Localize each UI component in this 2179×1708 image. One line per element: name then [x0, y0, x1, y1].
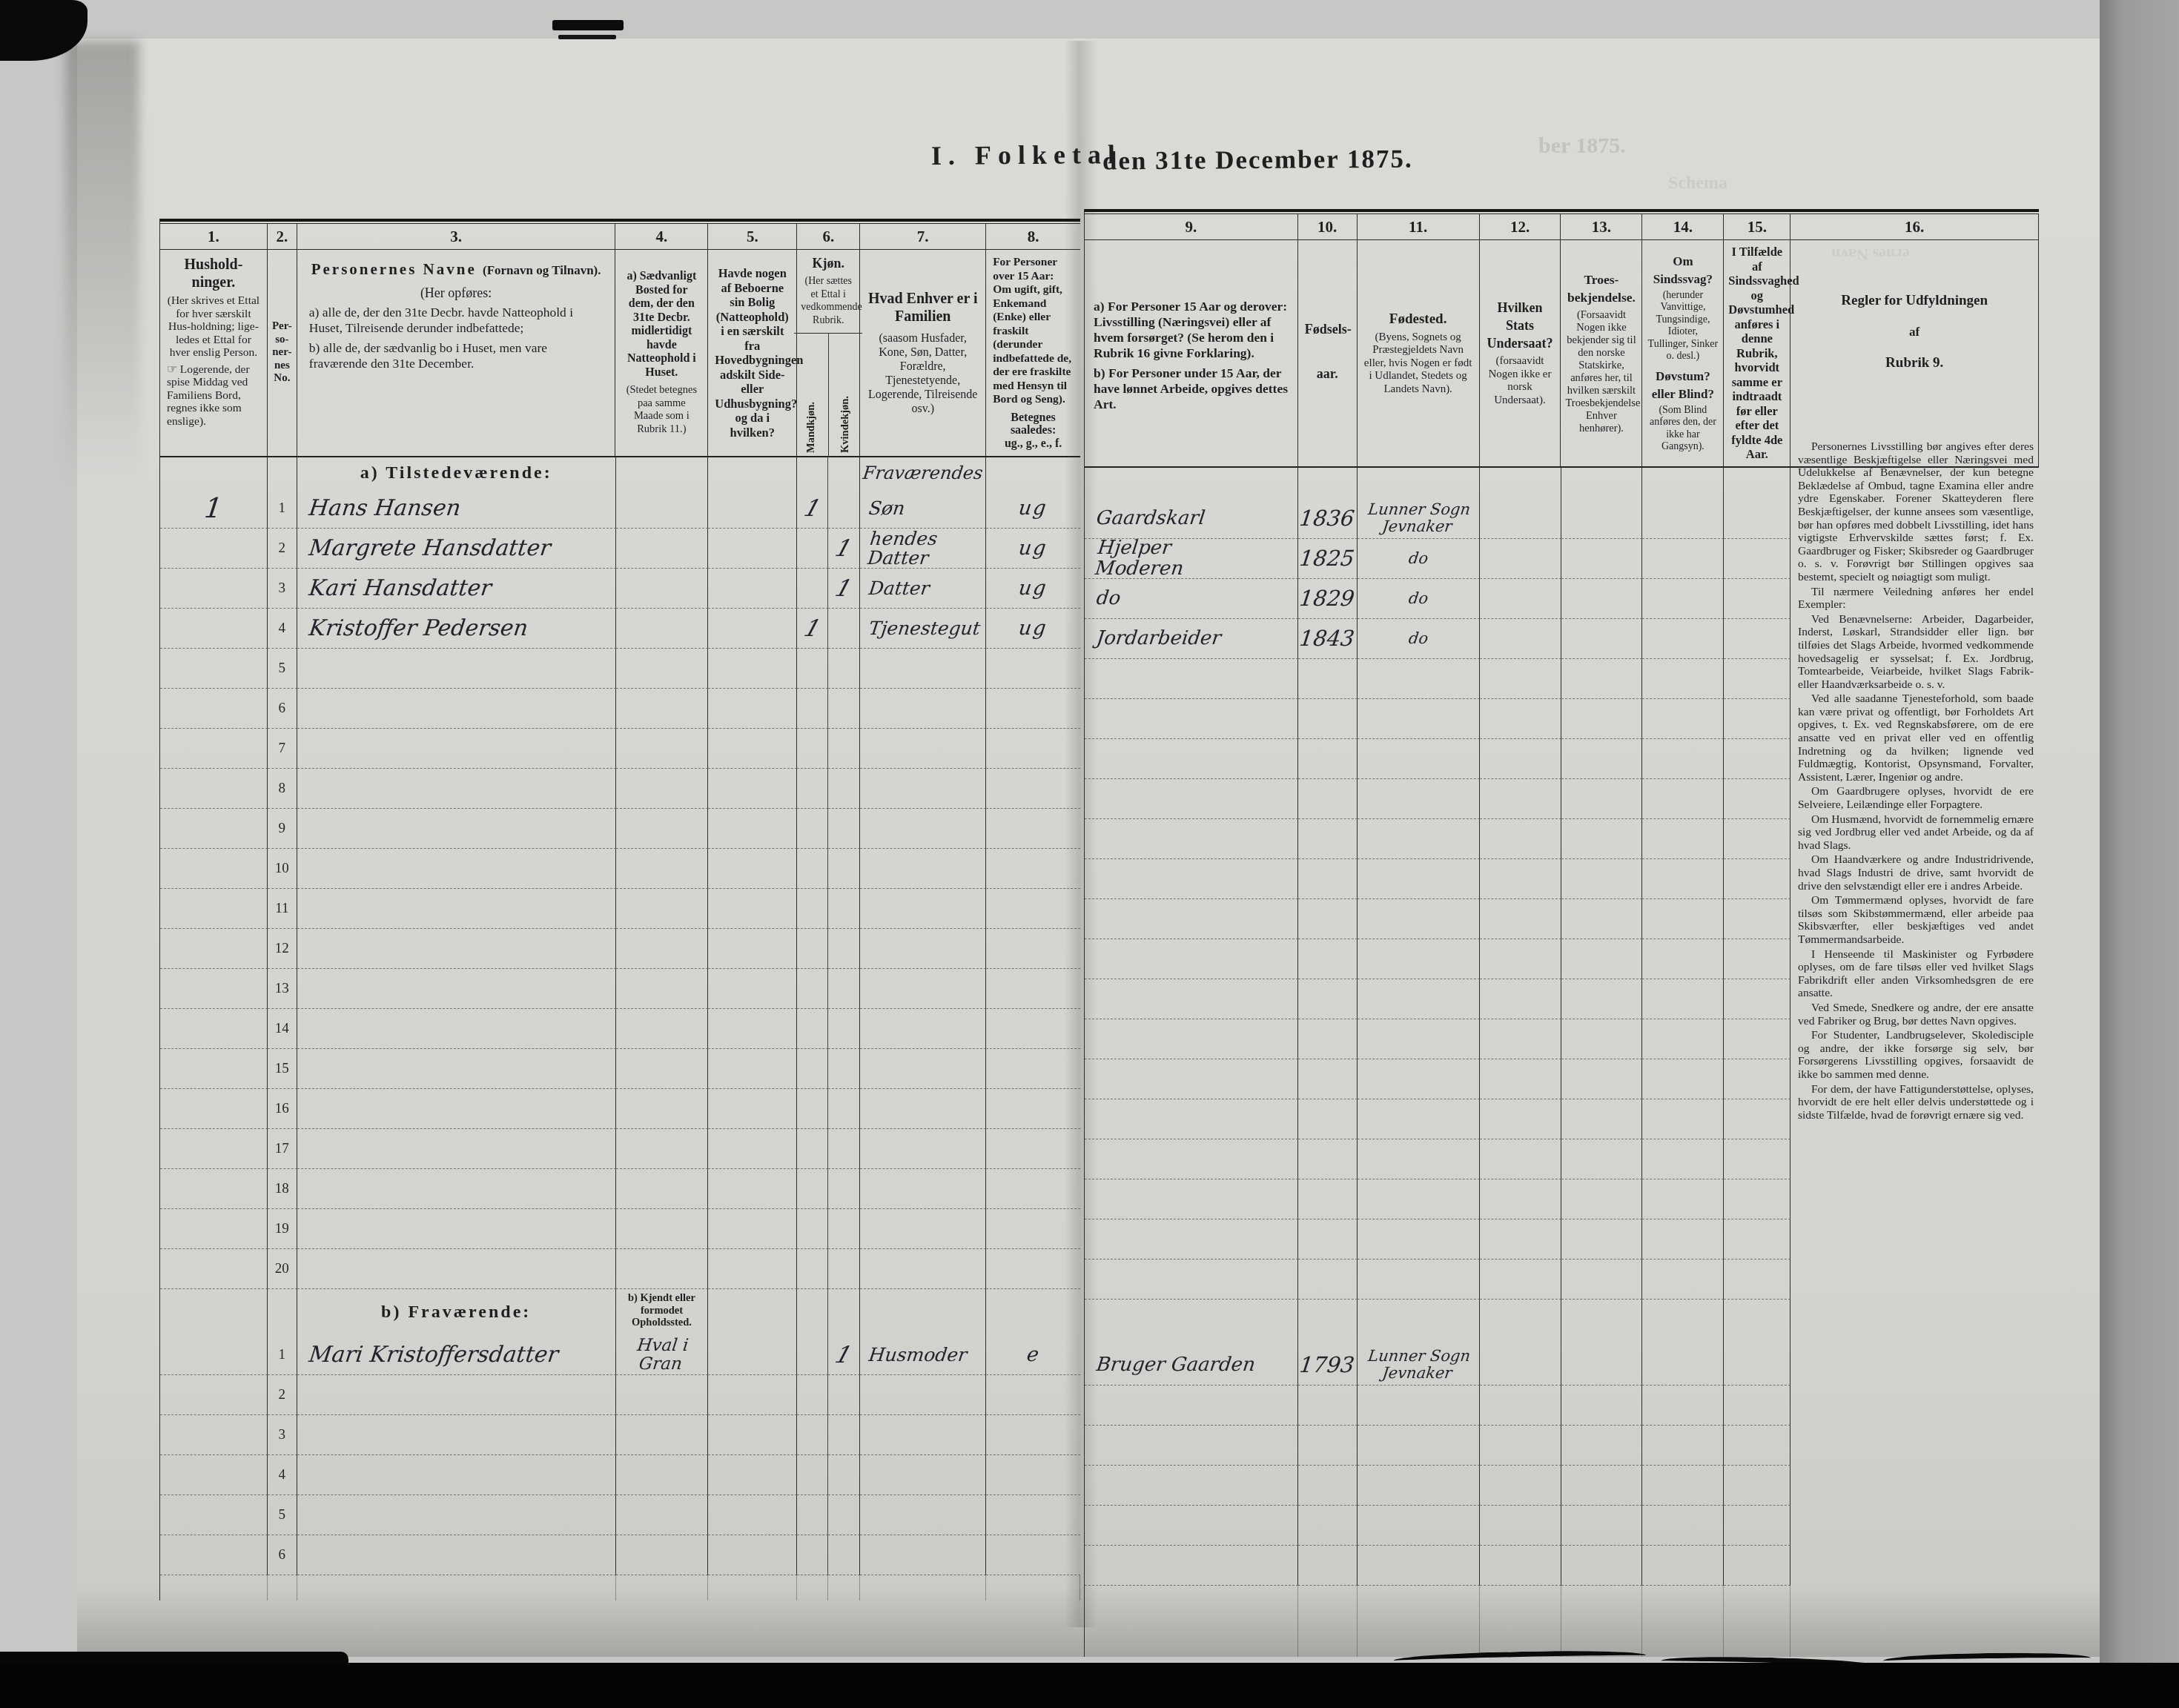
- present-left-row-8: 8: [160, 769, 1080, 809]
- cell: [708, 457, 797, 489]
- present-left-15-no-value: 15: [275, 1061, 289, 1077]
- column-14-text: Om Sindssvag? (herunder Vanvittige, Tung…: [1642, 240, 1723, 466]
- present-left-18-status: [986, 1169, 1080, 1209]
- present-left-20-bolig: [708, 1249, 797, 1289]
- column-3-heading: Personernes Navne (Fornavn og Tilnavn).: [309, 260, 604, 279]
- present-right-11-birthplace: [1358, 899, 1480, 939]
- column-10-text: Fødsels- aar.: [1298, 240, 1357, 466]
- present-left-15-kvinde: [828, 1049, 860, 1089]
- cell: [860, 1289, 986, 1335]
- present-right-4-occ: Jordarbeider: [1085, 619, 1298, 659]
- absent-left-4-mand: [797, 1455, 828, 1495]
- absent-right-row-6: [1085, 1546, 2039, 1586]
- column-6-number: 6.: [797, 224, 859, 250]
- present-right-19-c13: [1561, 1219, 1643, 1260]
- present-left-20-no-value: 20: [275, 1261, 289, 1277]
- present-left-9-kvinde: [828, 809, 860, 849]
- present-left-13-no-value: 13: [275, 981, 289, 997]
- absent-right-6-c13: [1561, 1546, 1643, 1586]
- present-left-19-family: [860, 1209, 986, 1249]
- absent-right-2-birthplace: [1358, 1386, 1480, 1426]
- absent-right-1-birthplace-value: Lunner Sogn Jevnaker: [1365, 1348, 1471, 1382]
- absent-left-6-family: [860, 1535, 986, 1575]
- absent-right-5-c16: [1791, 1506, 2039, 1546]
- present-right-row-19: [1085, 1219, 2039, 1260]
- present-right-8-c14: [1642, 779, 1724, 819]
- absent-left-row-6: 6: [160, 1535, 1080, 1575]
- column-2-header: 2. Per- so- ner- nes No.: [268, 224, 297, 456]
- present-right-6-c14: [1642, 699, 1724, 739]
- male-subcolumn: Mandkjøn.: [794, 334, 828, 457]
- present-left-14-no: 14: [268, 1009, 297, 1049]
- present-left-14-bolig: [708, 1009, 797, 1049]
- absent-left-2-no-value: 2: [279, 1387, 286, 1403]
- present-left-2-family-value: hendes Datter: [867, 529, 939, 568]
- present-left-19-no-value: 19: [275, 1221, 289, 1237]
- absent-left-5-no-value: 5: [279, 1507, 286, 1523]
- present-left-4-status-value: ug: [1017, 617, 1048, 640]
- absent-left-5-bosted: [616, 1495, 709, 1535]
- present-right-11-occ: [1085, 899, 1298, 939]
- present-left-10-bosted: [616, 849, 709, 889]
- absent-right-4-birthplace: [1358, 1466, 1480, 1506]
- column-13-note: (Forsaavidt Nogen ikke bekjender sig til…: [1565, 309, 1637, 435]
- present-right-9-born: [1298, 819, 1358, 859]
- present-left-5-family: [860, 649, 986, 689]
- present-left-17-status: [986, 1129, 1080, 1169]
- absent-right-1-occ-value: Bruger Gaarden: [1095, 1354, 1256, 1375]
- present-right-6-c12: [1480, 699, 1561, 739]
- column-1-header: 1. Hushold- ninger. (Her skrives et Etta…: [160, 224, 268, 456]
- present-left-15-no: 15: [268, 1049, 297, 1089]
- absent-left-5-kvinde: [828, 1495, 860, 1535]
- table-body-left: a) Tilstedeværende: Fraværendes 11Hans H…: [160, 457, 1080, 1601]
- present-left-row-10: 10: [160, 849, 1080, 889]
- absent-left-1-no: 1: [268, 1335, 297, 1375]
- present-left-9-status: [986, 809, 1080, 849]
- present-right-10-born: [1298, 859, 1358, 899]
- present-left-5-name: [297, 649, 616, 689]
- present-left-4-name-value: Kristoffer Pedersen: [308, 615, 529, 641]
- present-left-12-hh: [160, 929, 268, 969]
- column-8-note2: Betegnes saaledes: ug., g., e., f.: [993, 411, 1074, 451]
- present-left-2-name: Margrete Hansdatter: [297, 529, 616, 569]
- present-left-16-hh: [160, 1089, 268, 1129]
- present-right-2-c13: [1561, 539, 1643, 579]
- absent-right-5-c15: [1724, 1506, 1791, 1546]
- present-left-12-kvinde: [828, 929, 860, 969]
- absent-right-6-birthplace: [1358, 1546, 1480, 1586]
- absent-left-4-bosted: [616, 1455, 709, 1495]
- cell: [160, 1289, 268, 1335]
- census-table-left: 1. Hushold- ninger. (Her skrives et Etta…: [159, 219, 1080, 1601]
- present-left-1-bolig: [708, 489, 797, 529]
- absent-left-2-hh: [160, 1375, 268, 1415]
- absent-right-4-c13: [1561, 1466, 1643, 1506]
- absent-right-1-birthplace: Lunner Sogn Jevnaker: [1358, 1345, 1480, 1386]
- present-left-1-mand: 1: [797, 489, 828, 529]
- present-right-18-occ: [1085, 1179, 1298, 1219]
- cell: [268, 1289, 297, 1335]
- scan-ink-mark: [552, 20, 624, 30]
- present-right-17-c14: [1642, 1139, 1724, 1179]
- extension-cell: [1724, 1586, 1791, 1657]
- sex-subcolumns: Mandkjøn. Kvindekjøn.: [794, 333, 862, 457]
- extension-cell: [1791, 1586, 2039, 1657]
- cell: [797, 1289, 828, 1335]
- census-scan-page: ber 1875. Schema ernes Navn I. Folketal …: [0, 0, 2179, 1708]
- column-10-number: 10.: [1298, 214, 1357, 240]
- present-left-11-mand: [797, 889, 828, 929]
- present-left-15-bolig: [708, 1049, 797, 1089]
- present-right-row-17: [1085, 1139, 2039, 1179]
- present-left-20-mand: [797, 1249, 828, 1289]
- column-6-text: Kjøn. (Her sættes et Ettal i vedkommende…: [797, 250, 859, 456]
- column-3-header: 3. Personernes Navne (Fornavn og Tilnavn…: [297, 224, 616, 456]
- present-right-9-birthplace: [1358, 819, 1480, 859]
- present-right-16-birthplace: [1358, 1099, 1480, 1139]
- present-left-14-status: [986, 1009, 1080, 1049]
- present-right-12-born: [1298, 939, 1358, 979]
- present-right-13-born: [1298, 979, 1358, 1019]
- absent-right-1-c15: [1724, 1345, 1791, 1386]
- column-3-number: 3.: [297, 224, 615, 250]
- scan-edge-right: [2100, 0, 2179, 1708]
- absent-left-row-2: 2: [160, 1375, 1080, 1415]
- present-right-15-c12: [1480, 1059, 1561, 1099]
- present-left-1-mand-value: 1: [801, 495, 824, 522]
- column-15-text: I Tilfælde af Sindssvaghed og Døvstumhed…: [1724, 240, 1790, 466]
- present-left-row-17: 17: [160, 1129, 1080, 1169]
- column-16-heading2: af: [1797, 323, 2031, 341]
- present-right-4-born: 1843: [1298, 619, 1358, 659]
- absent-right-3-c14: [1642, 1426, 1724, 1466]
- absent-right-2-c16: [1791, 1386, 2039, 1426]
- column-11-number: 11.: [1358, 214, 1479, 240]
- section-b-label: b) Fraværende:: [297, 1302, 615, 1323]
- extension-cell: [1561, 1586, 1643, 1657]
- column-14-number: 14.: [1642, 214, 1723, 240]
- present-right-5-c12: [1480, 659, 1561, 699]
- absent-note: Fraværendes: [862, 463, 984, 483]
- present-right-4-birthplace-value: do: [1407, 630, 1429, 647]
- present-right-19-occ: [1085, 1219, 1298, 1260]
- absent-right-3-occ: [1085, 1426, 1298, 1466]
- absent-left-6-no: 6: [268, 1535, 297, 1575]
- present-left-12-no-value: 12: [275, 941, 289, 957]
- present-right-13-c13: [1561, 979, 1643, 1019]
- absent-right-3-c12: [1480, 1426, 1561, 1466]
- present-left-18-family: [860, 1169, 986, 1209]
- column-3-item-b: b) alle de, der sædvanlig bo i Huset, me…: [309, 340, 604, 371]
- absent-left-2-kvinde: [828, 1375, 860, 1415]
- present-left-1-bosted: [616, 489, 709, 529]
- absent-right-3-c15: [1724, 1426, 1791, 1466]
- present-right-6-occ: [1085, 699, 1298, 739]
- cell: [1480, 1300, 1561, 1345]
- present-left-14-kvinde: [828, 1009, 860, 1049]
- present-right-4-born-value: 1843: [1298, 626, 1356, 651]
- present-left-8-no-value: 8: [279, 781, 286, 797]
- section-b-label-row: b) Fraværende: b) Kjendt eller formodet …: [160, 1289, 1080, 1335]
- present-right-4-c15: [1724, 619, 1791, 659]
- present-left-14-hh: [160, 1009, 268, 1049]
- present-left-8-bolig: [708, 769, 797, 809]
- present-right-11-c15: [1724, 899, 1791, 939]
- present-left-20-kvinde: [828, 1249, 860, 1289]
- present-left-13-kvinde: [828, 969, 860, 1009]
- cell: [160, 457, 268, 489]
- present-right-18-c16: [1791, 1179, 2039, 1219]
- present-left-10-mand: [797, 849, 828, 889]
- present-left-19-bosted: [616, 1209, 709, 1249]
- present-rows-left: 11Hans Hansen1Sønug2Margrete Hansdatter1…: [160, 489, 1080, 1289]
- absent-right-5-born: [1298, 1506, 1358, 1546]
- present-left-7-status: [986, 729, 1080, 769]
- present-left-16-no: 16: [268, 1089, 297, 1129]
- present-right-12-c14: [1642, 939, 1724, 979]
- present-right-13-occ: [1085, 979, 1298, 1019]
- column-4-text: a) Sædvanligt Bosted for dem, der den 31…: [615, 250, 707, 456]
- absent-right-6-c16: [1791, 1546, 2039, 1586]
- present-right-5-c13: [1561, 659, 1643, 699]
- extension-cell: [828, 1575, 860, 1601]
- present-right-15-birthplace: [1358, 1059, 1480, 1099]
- column-1-text: Hushold- ninger. (Her skrives et Ettal f…: [160, 250, 267, 456]
- present-left-3-bosted: [616, 569, 709, 609]
- present-left-3-status-value: ug: [1017, 577, 1048, 600]
- absent-right-3-born: [1298, 1426, 1358, 1466]
- present-right-17-occ: [1085, 1139, 1298, 1179]
- present-right-14-birthplace: [1358, 1019, 1480, 1059]
- present-left-2-no: 2: [268, 529, 297, 569]
- present-left-row-2: 2Margrete Hansdatter1hendes Datterug: [160, 529, 1080, 569]
- present-left-6-no-value: 6: [279, 701, 286, 717]
- column-14-heading2: Døvstum? eller Blind?: [1647, 368, 1719, 403]
- rules-paragraph: Om Husmænd, hvorvidt de fornemmelig ernæ…: [1798, 813, 2034, 853]
- present-right-2-occ: Hjelper Moderen: [1085, 539, 1298, 579]
- column-3-note: (Her opføres:: [309, 287, 604, 300]
- present-left-10-bolig: [708, 849, 797, 889]
- column-3-item-a: a) alle de, der den 31te Decbr. havde Na…: [309, 305, 604, 336]
- present-right-1-birthplace: Lunner Sogn Jevnaker: [1358, 499, 1480, 539]
- absent-left-4-kvinde: [828, 1455, 860, 1495]
- present-left-14-name: [297, 1009, 616, 1049]
- present-right-4-c13: [1561, 619, 1643, 659]
- present-left-9-hh: [160, 809, 268, 849]
- column-2-number: 2.: [268, 224, 297, 250]
- absent-right-4-c14: [1642, 1466, 1724, 1506]
- present-left-8-name: [297, 769, 616, 809]
- absent-left-5-bolig: [708, 1495, 797, 1535]
- present-left-15-hh: [160, 1049, 268, 1089]
- present-right-8-born: [1298, 779, 1358, 819]
- column-12-header: 12. Hvilken Stats Undersaat? (forsaavidt…: [1480, 214, 1561, 466]
- column-1-note: (Her skrives et Ettal for hver særskilt …: [167, 294, 260, 360]
- present-left-18-mand: [797, 1169, 828, 1209]
- present-left-4-mand-value: 1: [801, 615, 824, 642]
- present-left-5-no: 5: [268, 649, 297, 689]
- present-right-2-born-value: 1825: [1298, 546, 1356, 571]
- column-9-item-a: a) For Personer 15 Aar og derover: Livss…: [1094, 299, 1289, 361]
- present-left-2-name-value: Margrete Hansdatter: [308, 535, 552, 561]
- absent-right-6-c12: [1480, 1546, 1561, 1586]
- present-left-8-no: 8: [268, 769, 297, 809]
- present-left-19-bolig: [708, 1209, 797, 1249]
- present-left-4-hh: [160, 609, 268, 649]
- present-left-1-status: ug: [986, 489, 1080, 529]
- cell: [1298, 468, 1358, 499]
- cell: [268, 457, 297, 489]
- absent-right-5-c12: [1480, 1506, 1561, 1546]
- present-right-16-c15: [1724, 1099, 1791, 1139]
- absent-left-3-no: 3: [268, 1415, 297, 1455]
- rules-paragraph: Om Gaardbrugere oplyses, hvorvidt de ere…: [1798, 785, 2034, 811]
- present-left-8-family: [860, 769, 986, 809]
- present-right-6-birthplace: [1358, 699, 1480, 739]
- cell: [797, 457, 828, 489]
- page-title: I. Folketal: [931, 139, 1122, 171]
- present-left-4-no: 4: [268, 609, 297, 649]
- absent-left-3-hh: [160, 1415, 268, 1455]
- absent-right-row-5: [1085, 1506, 2039, 1546]
- present-right-8-c13: [1561, 779, 1643, 819]
- absent-left-2-family: [860, 1375, 986, 1415]
- present-left-16-no-value: 16: [275, 1101, 289, 1117]
- present-left-20-bosted: [616, 1249, 709, 1289]
- cell: [1791, 1300, 2039, 1345]
- present-left-13-mand: [797, 969, 828, 1009]
- column-15-number: 15.: [1724, 214, 1790, 240]
- absent-left-1-kvinde-value: 1: [833, 1342, 856, 1368]
- present-left-7-family: [860, 729, 986, 769]
- present-right-16-born: [1298, 1099, 1358, 1139]
- present-left-11-no: 11: [268, 889, 297, 929]
- present-left-19-name: [297, 1209, 616, 1249]
- female-subcolumn: Kvindekjøn.: [828, 334, 863, 457]
- present-left-18-bosted: [616, 1169, 709, 1209]
- table-top-rule: [1085, 209, 2039, 214]
- present-right-20-c16: [1791, 1260, 2039, 1300]
- present-left-row-4: 4Kristoffer Pedersen1Tjenestegutug: [160, 609, 1080, 649]
- present-right-19-c15: [1724, 1219, 1791, 1260]
- extension-cell: [1085, 1586, 1298, 1657]
- present-left-8-mand: [797, 769, 828, 809]
- column-4-header: 4. a) Sædvanligt Bosted for dem, der den…: [615, 224, 708, 456]
- present-right-5-c15: [1724, 659, 1791, 699]
- present-left-row-9: 9: [160, 809, 1080, 849]
- present-right-12-c15: [1724, 939, 1791, 979]
- present-left-row-11: 11: [160, 889, 1080, 929]
- present-left-12-family: [860, 929, 986, 969]
- absent-left-2-status: [986, 1375, 1080, 1415]
- present-left-6-bosted: [616, 689, 709, 729]
- present-left-5-bosted: [616, 649, 709, 689]
- column-12-heading: Hvilken Stats Undersaat?: [1487, 299, 1554, 352]
- present-left-12-bosted: [616, 929, 709, 969]
- absent-right-5-occ: [1085, 1506, 1298, 1546]
- present-left-14-no-value: 14: [275, 1021, 289, 1037]
- cell: [986, 1289, 1080, 1335]
- present-right-14-c14: [1642, 1019, 1724, 1059]
- present-right-16-c13: [1561, 1099, 1643, 1139]
- present-right-17-born: [1298, 1139, 1358, 1179]
- present-right-15-born: [1298, 1059, 1358, 1099]
- present-right-14-c15: [1724, 1019, 1791, 1059]
- present-right-19-c16: [1791, 1219, 2039, 1260]
- cell: [828, 1289, 860, 1335]
- present-left-11-status: [986, 889, 1080, 929]
- absent-right-1-occ: Bruger Gaarden: [1085, 1345, 1298, 1386]
- column-8-header: 8. For Personer over 15 Aar: Om ugift, g…: [986, 224, 1080, 456]
- present-left-16-bolig: [708, 1089, 797, 1129]
- column-5-number: 5.: [708, 224, 796, 250]
- present-right-1-born: 1836: [1298, 499, 1358, 539]
- absent-left-4-no: 4: [268, 1455, 297, 1495]
- present-right-18-c13: [1561, 1179, 1643, 1219]
- absent-right-row-3: [1085, 1426, 2039, 1466]
- absent-note-cell: Fraværendes: [860, 457, 986, 489]
- absent-right-3-birthplace: [1358, 1426, 1480, 1466]
- absent-right-1-c12: [1480, 1345, 1561, 1386]
- absent-left-3-bosted: [616, 1415, 709, 1455]
- section-b-label-cell: b) Fraværende:: [297, 1289, 616, 1335]
- present-left-row-6: 6: [160, 689, 1080, 729]
- absent-right-row-1: Bruger Gaarden1793Lunner Sogn Jevnaker: [1085, 1345, 2039, 1386]
- cell: [1358, 1300, 1480, 1345]
- cell: [1642, 468, 1724, 499]
- present-left-3-name: Kari Hansdatter: [297, 569, 616, 609]
- present-left-15-name: [297, 1049, 616, 1089]
- absent-left-6-bolig: [708, 1535, 797, 1575]
- present-left-16-name: [297, 1089, 616, 1129]
- absent-left-1-family: Husmoder: [860, 1335, 986, 1375]
- column-10-header: 10. Fødsels- aar.: [1298, 214, 1358, 466]
- present-left-17-no-value: 17: [275, 1141, 289, 1157]
- present-right-3-c15: [1724, 579, 1791, 619]
- present-left-13-bolig: [708, 969, 797, 1009]
- present-left-15-status: [986, 1049, 1080, 1089]
- present-right-9-c14: [1642, 819, 1724, 859]
- present-left-5-kvinde: [828, 649, 860, 689]
- table-top-rule: [160, 219, 1080, 224]
- present-right-16-c14: [1642, 1099, 1724, 1139]
- absent-left-3-kvinde: [828, 1415, 860, 1455]
- present-right-8-occ: [1085, 779, 1298, 819]
- present-left-3-hh: [160, 569, 268, 609]
- absent-right-2-c12: [1480, 1386, 1561, 1426]
- present-right-9-c13: [1561, 819, 1643, 859]
- extension-cell: [1298, 1586, 1358, 1657]
- cell: [1561, 1300, 1643, 1345]
- table-line-extension: [1085, 1586, 2039, 1657]
- absent-left-5-status: [986, 1495, 1080, 1535]
- column-6-note: (Her sættes et Ettal i vedkommende Rubri…: [801, 275, 856, 327]
- section-b-spacer-row: [1085, 1300, 2039, 1345]
- present-left-16-bosted: [616, 1089, 709, 1129]
- present-right-4-c12: [1480, 619, 1561, 659]
- column-11-header: 11. Fødested. (Byens, Sognets og Præsteg…: [1358, 214, 1480, 466]
- present-left-row-13: 13: [160, 969, 1080, 1009]
- scan-ink-mark: [558, 35, 616, 39]
- column-12-number: 12.: [1480, 214, 1561, 240]
- present-right-14-occ: [1085, 1019, 1298, 1059]
- present-left-17-family: [860, 1129, 986, 1169]
- present-right-4-birthplace: do: [1358, 619, 1480, 659]
- column-8-text: For Personer over 15 Aar: Om ugift, gift…: [986, 250, 1080, 456]
- present-left-row-3: 3Kari Hansdatter1Datterug: [160, 569, 1080, 609]
- present-left-7-bosted: [616, 729, 709, 769]
